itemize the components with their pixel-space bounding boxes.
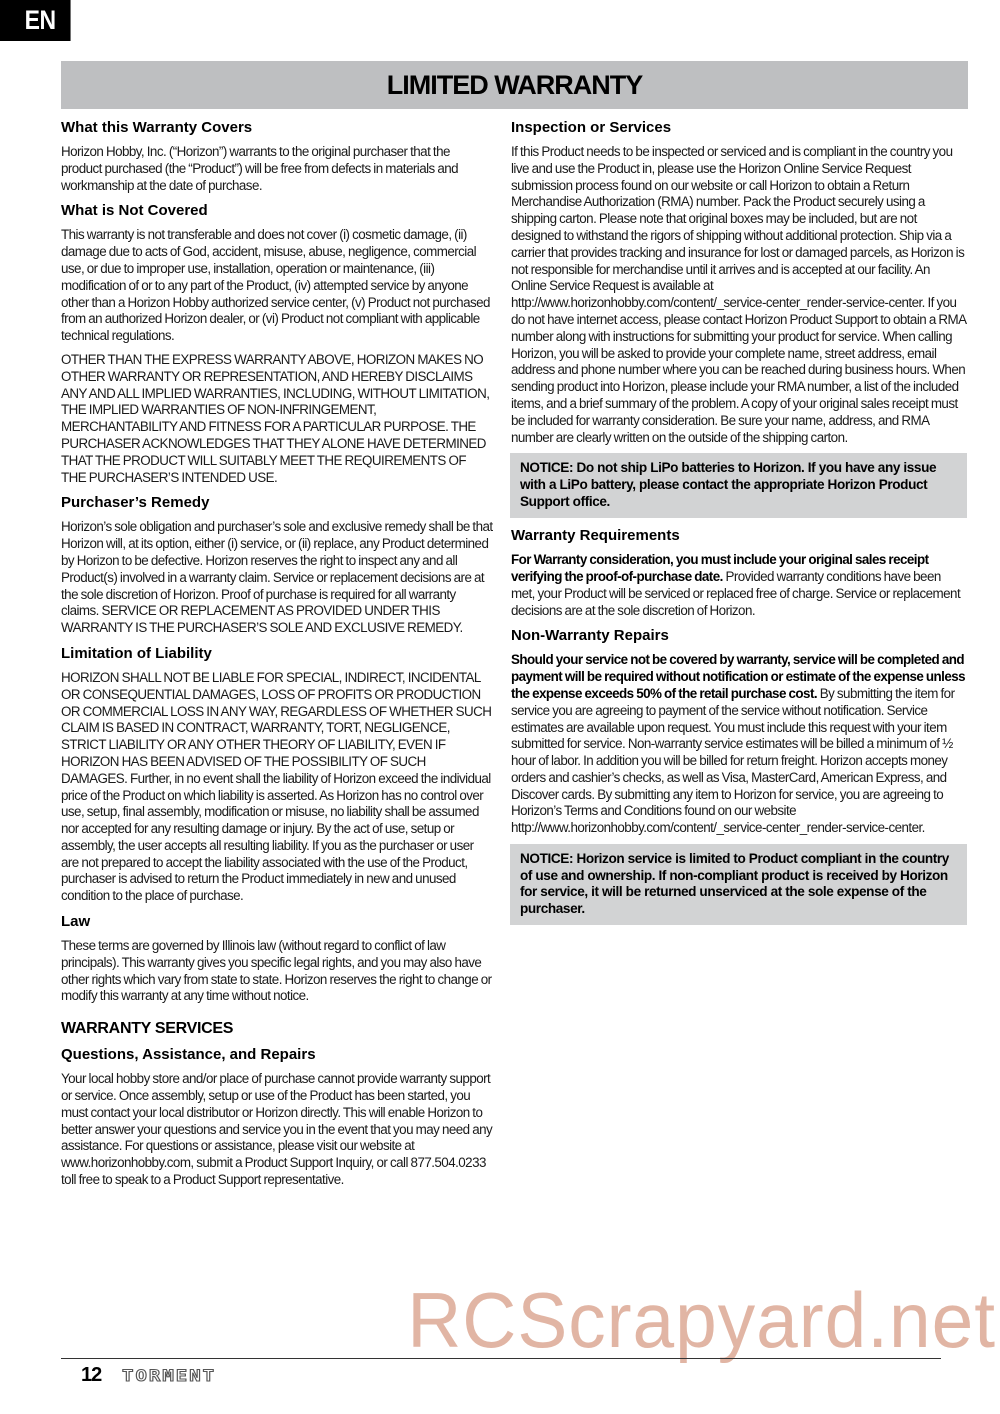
section-heading: Purchaser’s Remedy [61, 493, 493, 513]
section-heading: Inspection or Services [511, 118, 967, 138]
section-body: Should your service not be covered by wa… [511, 652, 967, 837]
section-body: Horizon’s sole obligation and purchaser’… [61, 519, 493, 637]
section-inspection-or-services: Inspection or Services If this Product n… [511, 118, 967, 446]
section-purchasers-remedy: Purchaser’s Remedy Horizon’s sole obliga… [61, 493, 493, 637]
section-body: This warranty is not transferable and do… [61, 227, 493, 345]
section-heading: Non-Warranty Repairs [511, 626, 967, 646]
section-body: Your local hobby store and/or place of p… [61, 1071, 493, 1189]
page-number: 12 [81, 1364, 101, 1387]
footer-divider [61, 1358, 941, 1359]
section-heading: What this Warranty Covers [61, 118, 493, 138]
notice-compliance-box: NOTICE: Horizon service is limited to Pr… [510, 844, 967, 925]
section-warranty-services: WARRANTY SERVICES Questions, Assistance,… [61, 1019, 493, 1189]
section-body: These terms are governed by Illinois law… [61, 938, 493, 1005]
section-body: If this Product needs to be inspected or… [511, 144, 967, 446]
section-body: Horizon Hobby, Inc. (“Horizon”) warrants… [61, 144, 493, 194]
section-heading: Law [61, 912, 493, 932]
section-heading: Warranty Requirements [511, 526, 967, 546]
section-law: Law These terms are governed by Illinois… [61, 912, 493, 1005]
section-heading-warranty-services: WARRANTY SERVICES [61, 1019, 493, 1039]
language-tab: EN [0, 0, 71, 41]
notice-lipo-box: NOTICE: Do not ship LiPo batteries to Ho… [510, 453, 967, 518]
section-warranty-requirements: Warranty Requirements For Warranty consi… [511, 526, 967, 619]
section-body: For Warranty consideration, you must inc… [511, 552, 967, 619]
title-bar: LIMITED WARRANTY [61, 61, 968, 109]
section-non-warranty-repairs: Non-Warranty Repairs Should your service… [511, 626, 967, 837]
section-heading: What is Not Covered [61, 201, 493, 221]
left-column: What this Warranty Covers Horizon Hobby,… [61, 118, 493, 1196]
disclaimer-text: OTHER THAN THE EXPRESS WARRANTY ABOVE, H… [61, 352, 493, 486]
section-not-covered: What is Not Covered This warranty is not… [61, 201, 493, 486]
section-heading: Limitation of Liability [61, 644, 493, 664]
section-subheading: Questions, Assistance, and Repairs [61, 1045, 493, 1065]
page-title: LIMITED WARRANTY [387, 70, 642, 101]
section-limitation-of-liability: Limitation of Liability HORIZON SHALL NO… [61, 644, 493, 905]
torment-logo: TORMENT [122, 1367, 216, 1386]
body-text: By submitting the item for service you a… [511, 686, 954, 835]
section-body: HORIZON SHALL NOT BE LIABLE FOR SPECIAL,… [61, 670, 493, 905]
right-column: Inspection or Services If this Product n… [511, 118, 967, 933]
section-warranty-covers: What this Warranty Covers Horizon Hobby,… [61, 118, 493, 194]
watermark: RCScrapyard.net [407, 1275, 996, 1366]
